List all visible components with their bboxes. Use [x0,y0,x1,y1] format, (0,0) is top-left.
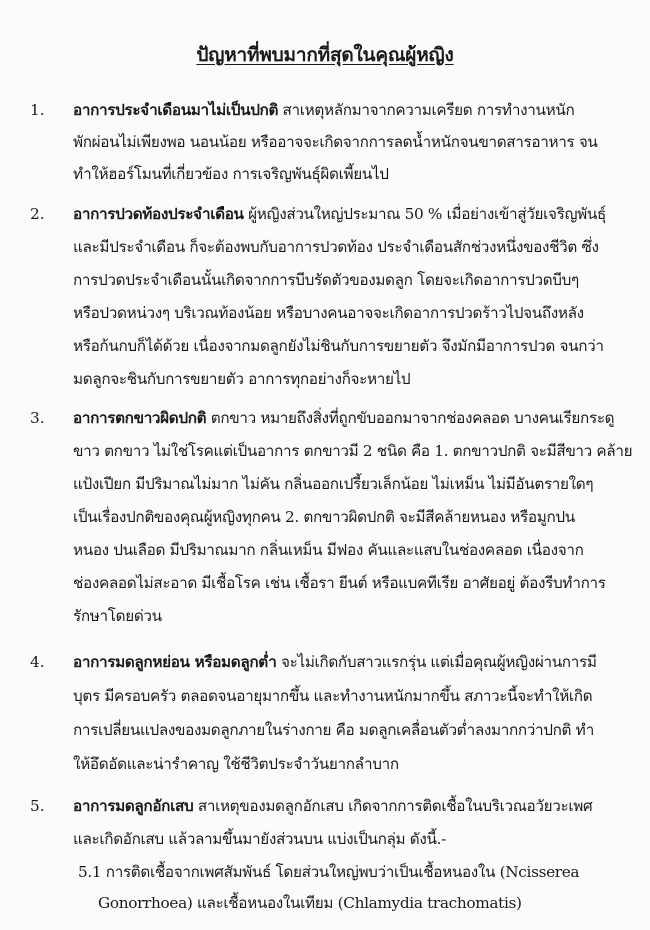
item-heading: อาการมดลูกหย่อน หรือมดลูกต่ำ [73,653,276,671]
sub-item-line: Gonorrhoea) และเชื้อหนองในเทียม (Chlamyd… [98,893,650,913]
sub-item-line: 5.1 การติดเชื้อจากเพศสัมพันธ์ โดยส่วนใหญ… [78,862,648,882]
item-line: อาการตกขาวผิดปกติ ตกขาว หมายถึงสิ่งที่ถู… [73,408,643,428]
item-number: 1. [30,100,45,120]
item-line: อาการปวดท้องประจำเดือน ผู้หญิงส่วนใหญ่ปร… [73,204,643,224]
item-line: อาการประจำเดือนมาไม่เป็นปกติ สาเหตุหลักม… [73,100,643,120]
item-text: ตกขาว หมายถึงสิ่งที่ถูกขับออกมาจากช่องคล… [206,409,614,427]
item-line: ช่องคลอดไม่สะอาด มีเชื้อโรค เช่น เชื้อรา… [73,573,643,593]
item-line: หนอง ปนเลือด มีปริมาณมาก กลิ่นเหม็น มีฟอ… [73,540,643,560]
item-line: ขาว ตกขาว ไม่ใช่โรคแต่เป็นอาการ ตกขาวมี … [73,441,643,461]
item-line: รักษาโดยด่วน [73,606,643,626]
item-line: อาการมดลูกอักเสบ สาเหตุของมดลูกอักเสบ เก… [73,796,643,816]
item-line: บุตร มีครอบครัว ตลอดจนอายุมากขึ้น และทำง… [73,686,643,706]
item-text: ผู้หญิงส่วนใหญ่ประมาณ 50 % เมื่อย่างเข้า… [244,205,606,223]
item-heading: อาการตกขาวผิดปกติ [73,409,206,427]
item-text: สาเหตุของมดลูกอักเสบ เกิดจากการติดเชื้อใ… [193,797,592,815]
item-line: อาการมดลูกหย่อน หรือมดลูกต่ำ จะไม่เกิดกั… [73,652,643,672]
document-page: ปัญหาที่พบมากที่สุดในคุณผู้หญิง 1. อาการ… [0,0,650,930]
item-line: การปวดประจำเดือนนั้นเกิดจากการบีบรัดตัวข… [73,270,643,290]
item-heading: อาการประจำเดือนมาไม่เป็นปกติ [73,101,278,119]
item-line: และมีประจำเดือน ก็จะต้องพบกับอาการปวดท้อ… [73,237,643,257]
item-heading: อาการปวดท้องประจำเดือน [73,205,244,223]
item-number: 3. [30,408,45,428]
item-line: ให้อึดอัดและน่ารำคาญ ใช้ชีวิตประจำวันยาก… [73,754,643,774]
item-line: พักผ่อนไม่เพียงพอ นอนน้อย หรืออาจจะเกิดจ… [73,132,643,152]
item-line: มดลูกจะชินกับการขยายตัว อาการทุกอย่างก็จ… [73,369,643,389]
item-text: จะไม่เกิดกับสาวแรกรุ่น แต่เมื่อคุณผู้หญิ… [276,653,596,671]
item-line: เป็นเรื่องปกติของคุณผู้หญิงทุกคน 2. ตกขา… [73,507,643,527]
item-number: 5. [30,796,45,816]
item-text: สาเหตุหลักมาจากความเครียด การทำงานหนัก [278,101,574,119]
item-number: 4. [30,652,45,672]
item-line: ทำให้ฮอร์โมนที่เกี่ยวข้อง การเจริญพันธุ์… [73,164,643,184]
item-number: 2. [30,204,45,224]
item-line: การเปลี่ยนแปลงของมดลูกภายในร่างกาย คือ ม… [73,720,643,740]
item-heading: อาการมดลูกอักเสบ [73,797,193,815]
item-line: และเกิดอักเสบ แล้วลามขึ้นมายังส่วนบน แบ่… [73,829,643,849]
page-title: ปัญหาที่พบมากที่สุดในคุณผู้หญิง [0,40,650,70]
item-line: แป้งเปียก มีปริมาณไม่มาก ไม่คัน กลิ่นออก… [73,474,643,494]
item-line: หรือก้นกบก็ได้ด้วย เนื่องจากมดลูกยังไม่ช… [73,336,643,356]
item-line: หรือปวดหน่วงๆ บริเวณท้องน้อย หรือบางคนอา… [73,303,643,323]
